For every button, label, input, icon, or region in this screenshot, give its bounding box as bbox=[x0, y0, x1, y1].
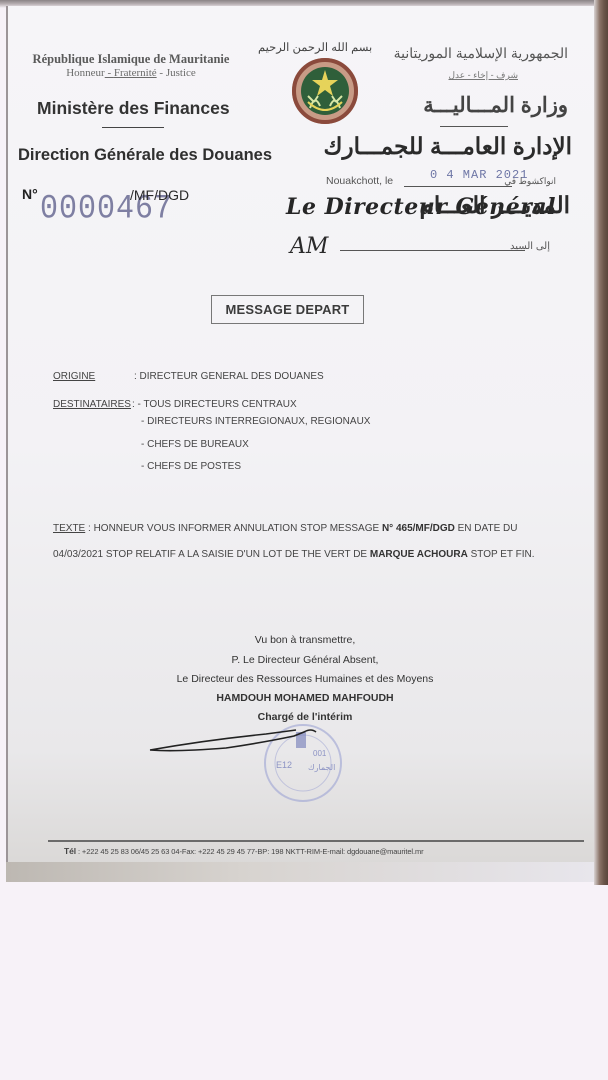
signature-line-3: Le Directeur des Ressources Humaines et … bbox=[130, 673, 480, 685]
divider bbox=[440, 126, 508, 127]
svg-text:E12: E12 bbox=[276, 760, 292, 770]
city-label-fr: Nouakchott, le bbox=[326, 175, 393, 187]
national-emblem-icon bbox=[290, 56, 360, 126]
reference-suffix: /MF/DGD bbox=[130, 187, 189, 203]
contact-details: : +222 45 25 83 06/45 25 63 04-Fax: +222… bbox=[78, 847, 424, 856]
paper-shadow bbox=[6, 862, 596, 882]
city-label-ar: انواكشوط في bbox=[504, 176, 556, 187]
motto-sep: - bbox=[157, 67, 166, 79]
motto-fraternite: Fraternité bbox=[114, 67, 157, 79]
destinataire-item: - DIRECTEURS INTERREGIONAUX, REGIONAUX bbox=[141, 416, 370, 427]
origin-value: : DIRECTEUR GENERAL DES DOUANES bbox=[134, 371, 324, 382]
destinataire-item: : - TOUS DIRECTEURS CENTRAUX bbox=[132, 399, 297, 410]
bismillah: بسم الله الرحمن الرحيم bbox=[258, 40, 372, 54]
divider bbox=[102, 127, 164, 128]
svg-text:الجمارك: الجمارك bbox=[308, 763, 335, 772]
destinataire-item: - CHEFS DE POSTES bbox=[141, 461, 241, 472]
republic-name-ar: الجمهورية الإسلامية الموريتانية bbox=[394, 45, 568, 62]
motto-fr: Honneur - Fraternité - Justice bbox=[26, 67, 236, 79]
table-edge bbox=[594, 0, 608, 885]
motto-ar: شرف - إخاء - عدل bbox=[448, 70, 518, 81]
signature-line-1: Vu bon à transmettre, bbox=[130, 634, 480, 646]
brand-name: MARQUE ACHOURA bbox=[370, 549, 468, 560]
recipient-line bbox=[340, 250, 525, 251]
texte-part: : HONNEUR VOUS INFORMER ANNULATION STOP … bbox=[85, 523, 382, 534]
destinataires-label: DESTINATAIRES bbox=[53, 399, 131, 410]
reference-label: N° bbox=[22, 186, 38, 202]
recipient-title-ar: المديـــر العـــام bbox=[420, 192, 570, 219]
signature-line-2: P. Le Directeur Général Absent, bbox=[130, 654, 480, 666]
destinataire-item: - CHEFS DE BUREAUX bbox=[141, 439, 249, 450]
republic-name-fr: République Islamique de Mauritanie bbox=[26, 52, 236, 67]
ministry-ar: وزارة المـــاليـــة bbox=[423, 93, 568, 118]
motto-justice: Justice bbox=[166, 67, 196, 79]
date-line bbox=[404, 186, 512, 187]
motto-sep: - bbox=[105, 67, 114, 79]
ministry-fr: Ministère des Finances bbox=[37, 98, 230, 119]
recipient-initials: AM bbox=[290, 234, 328, 259]
handwritten-signature bbox=[146, 726, 346, 756]
tel-label: Tél bbox=[64, 846, 76, 856]
footer-divider bbox=[48, 840, 584, 842]
message-reference: N° 465/MF/DGD bbox=[382, 523, 455, 534]
origin-label: ORIGINE bbox=[53, 371, 95, 382]
footer-contact: Tél : +222 45 25 83 06/45 25 63 04-Fax: … bbox=[64, 846, 424, 856]
message-type-box: MESSAGE DEPART bbox=[211, 295, 364, 324]
directorate-ar: الإدارة العامـــة للجمـــارك bbox=[324, 133, 573, 160]
motto-honneur: Honneur bbox=[66, 67, 105, 79]
signatory-name: HAMDOUH MOHAMED MAHFOUDH bbox=[130, 692, 480, 704]
to-label-ar: إلى السيد bbox=[510, 241, 550, 252]
texte-part: STOP ET FIN. bbox=[468, 549, 535, 560]
message-text: TEXTE : HONNEUR VOUS INFORMER ANNULATION… bbox=[53, 516, 553, 568]
texte-label: TEXTE bbox=[53, 523, 85, 534]
directorate-fr: Direction Générale des Douanes bbox=[18, 146, 272, 165]
